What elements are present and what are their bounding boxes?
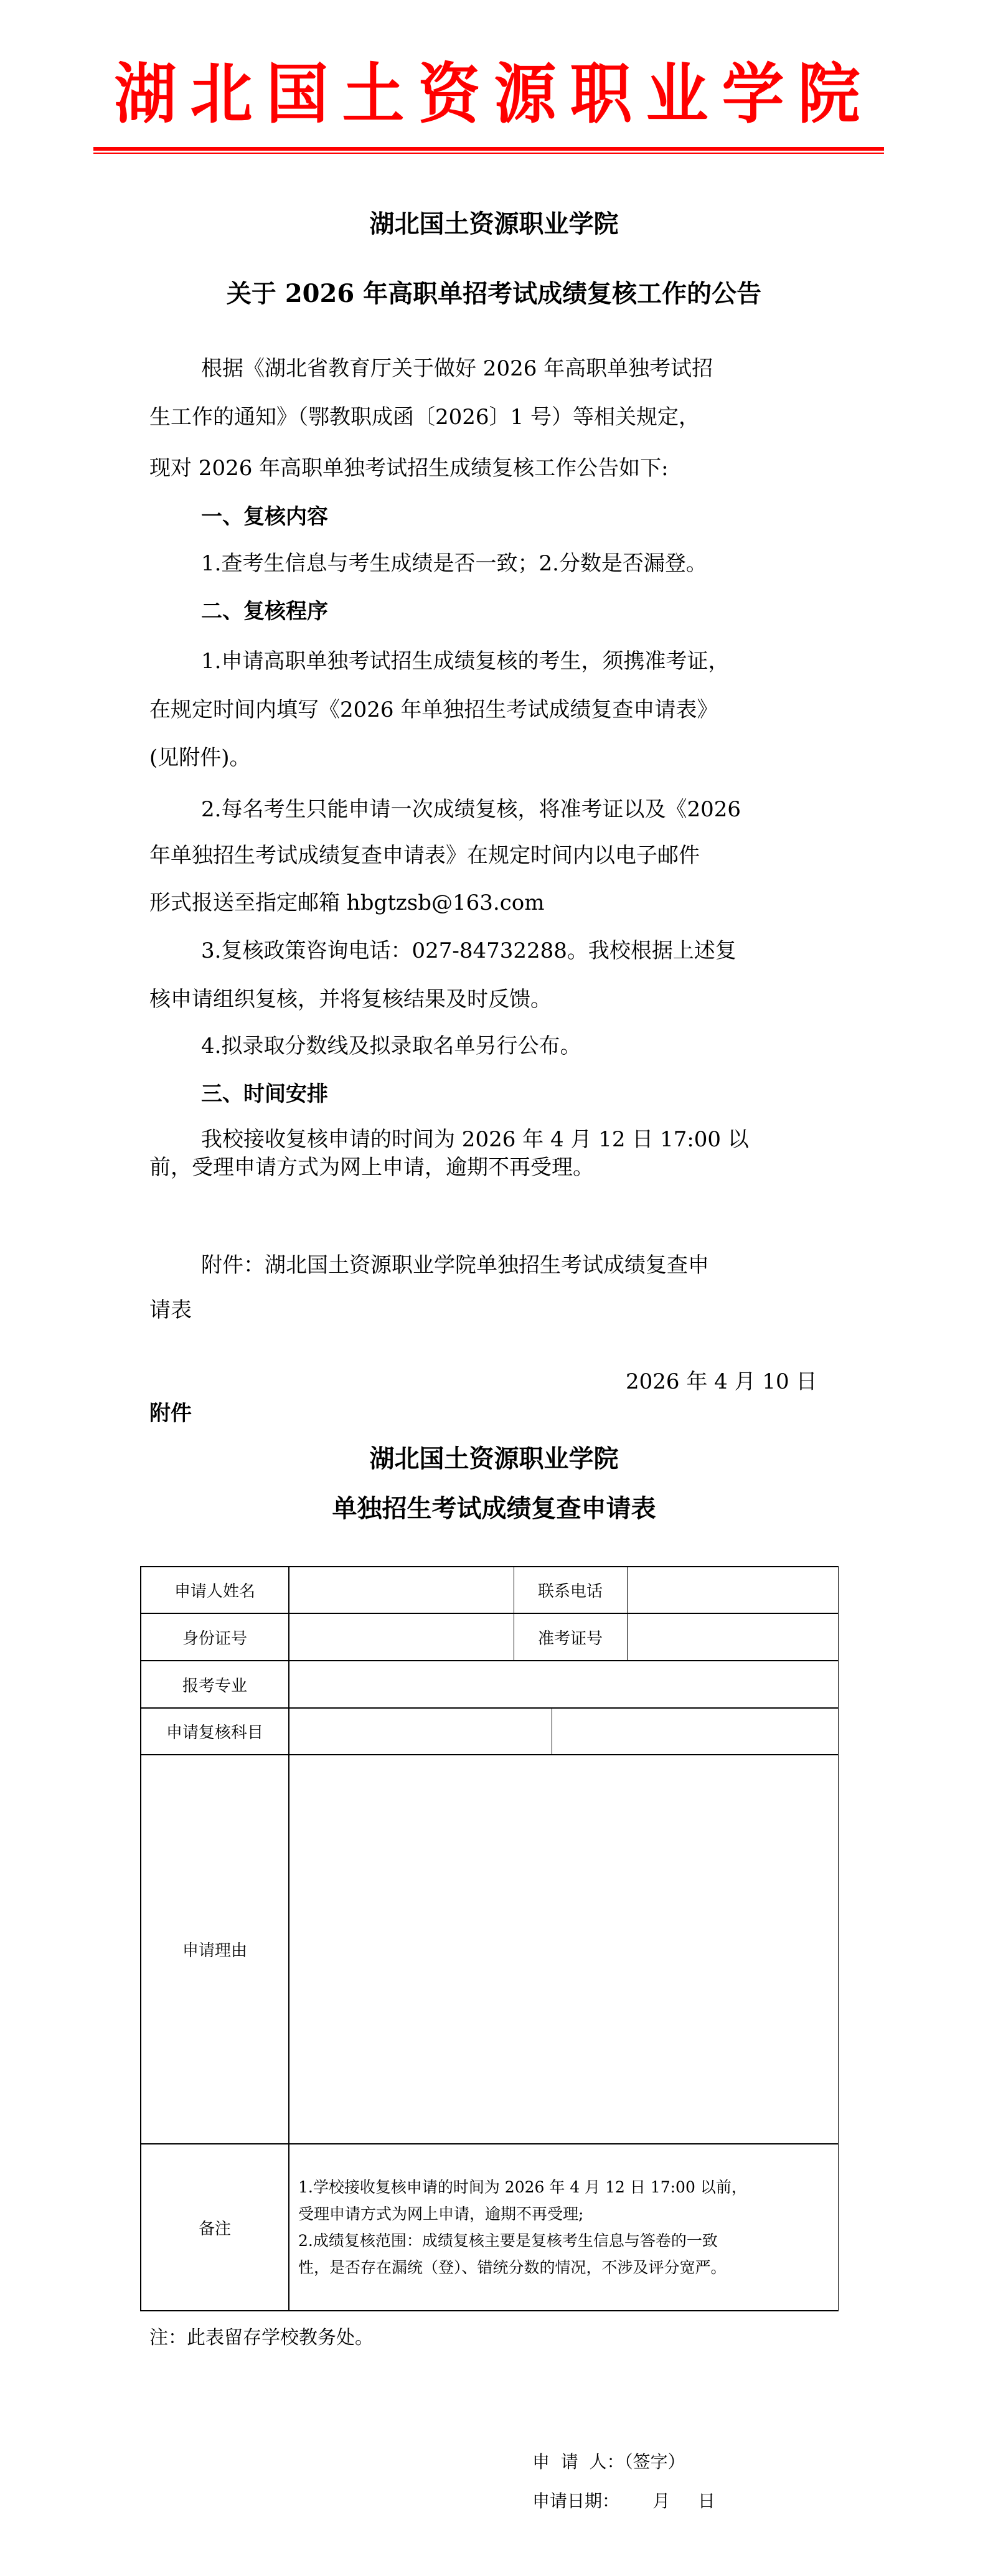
subject-label: 申请复核科目 [141, 1708, 289, 1755]
notice-date: 2026 年 4 月 10 日 [626, 1368, 817, 1395]
admission-ticket-field[interactable] [627, 1613, 838, 1661]
major-label: 报考专业 [141, 1661, 289, 1708]
section2-item2-line: 年单独招生考试成绩复查申请表》在规定时间内以电子邮件 [149, 842, 700, 869]
admission-ticket-label: 准考证号 [514, 1613, 627, 1661]
major-field[interactable] [289, 1661, 838, 1708]
section3-line: 前，受理申请方式为网上申请，逾期不再受理。 [149, 1154, 594, 1181]
intro-line: 根据《湖北省教育厅关于做好 2026 年高职单独考试招 [201, 355, 713, 382]
section-heading-review-content: 一、复核内容 [201, 503, 328, 531]
signature-label: 申 请 人：（签字） [532, 2450, 685, 2474]
section2-item3-line: 核申请组织复核，并将复核结果及时反馈。 [149, 986, 552, 1013]
remarks-content: 1.学校接收复核申请的时间为 2026 年 4 月 12 日 17:00 以前，… [289, 2144, 838, 2311]
letterhead-rule-thin [93, 153, 884, 154]
form-title-line1: 湖北国土资源职业学院 [0, 1443, 988, 1474]
application-date-label: 申请日期： 月 日 [532, 2489, 715, 2513]
remarks-line: 性，是否存在漏统（登）、错统分数的情况，不涉及评分宽严。 [298, 2254, 830, 2281]
section2-item1-line: (见附件)。 [149, 744, 251, 771]
intro-line: 生工作的通知》（鄂教职成函〔2026〕1 号）等相关规定， [149, 403, 700, 431]
form-footnote: 注：此表留存学校教务处。 [149, 2326, 374, 2351]
section-heading-schedule: 三、时间安排 [201, 1080, 328, 1108]
phone-field[interactable] [627, 1567, 838, 1613]
section2-item3-line: 3.复核政策咨询电话：027-84732288。我校根据上述复 [201, 937, 736, 965]
applicant-name-label: 申请人姓名 [141, 1567, 289, 1613]
subject-field-2[interactable] [552, 1708, 838, 1755]
section2-item1-line: 在规定时间内填写《2026 年单独招生考试成绩复查申请表》 [149, 696, 718, 724]
attachment-line: 请表 [149, 1296, 192, 1324]
section2-item1-line: 1.申请高职单独考试招生成绩复核的考生，须携准考证， [201, 648, 729, 675]
section2-item4-line: 4.拟录取分数线及拟录取名单另行公布。 [201, 1032, 581, 1060]
section2-item2-line: 形式报送至指定邮箱 hbgtzsb@163.com [149, 889, 544, 917]
subject-field-1[interactable] [289, 1708, 552, 1755]
form-title-line2: 单独招生考试成绩复查申请表 [0, 1493, 988, 1524]
remarks-line: 2.成绩复核范围：成绩复核主要是复核考生信息与答卷的一致 [298, 2227, 830, 2254]
reason-field[interactable] [289, 1755, 838, 2144]
notice-title-line1: 湖北国土资源职业学院 [0, 209, 988, 240]
reason-label: 申请理由 [141, 1755, 289, 2144]
section1-line: 1.查考生信息与考生成绩是否一致；2.分数是否漏登。 [201, 550, 707, 577]
remarks-line: 1.学校接收复核申请的时间为 2026 年 4 月 12 日 17:00 以前， [298, 2174, 830, 2201]
notice-title-line2: 关于 2026 年高职单招考试成绩复核工作的公告 [0, 278, 988, 309]
section2-item2-line: 2.每名考生只能申请一次成绩复核，将准考证以及《2026 [201, 796, 741, 823]
remarks-label: 备注 [141, 2144, 289, 2311]
letterhead-rule-thick [93, 147, 884, 151]
id-number-field[interactable] [289, 1613, 514, 1661]
section-heading-review-procedure: 二、复核程序 [201, 598, 328, 625]
remarks-line: 受理申请方式为网上申请，逾期不再受理; [298, 2201, 830, 2227]
letterhead-org-name: 湖北国土资源职业学院 [0, 58, 988, 130]
annex-label: 附件 [149, 1400, 192, 1427]
section3-line: 我校接收复核申请的时间为 2026 年 4 月 12 日 17:00 以 [201, 1126, 749, 1153]
intro-line: 现对 2026 年高职单独考试招生成绩复核工作公告如下: [149, 455, 669, 482]
review-application-form: 申请人姓名 联系电话 身份证号 准考证号 报考专业 申请复核科目 申请理由 备注… [140, 1566, 839, 2311]
phone-label: 联系电话 [514, 1567, 627, 1613]
attachment-line: 附件：湖北国土资源职业学院单独招生考试成绩复查申 [201, 1252, 709, 1279]
applicant-name-field[interactable] [289, 1567, 514, 1613]
id-number-label: 身份证号 [141, 1613, 289, 1661]
